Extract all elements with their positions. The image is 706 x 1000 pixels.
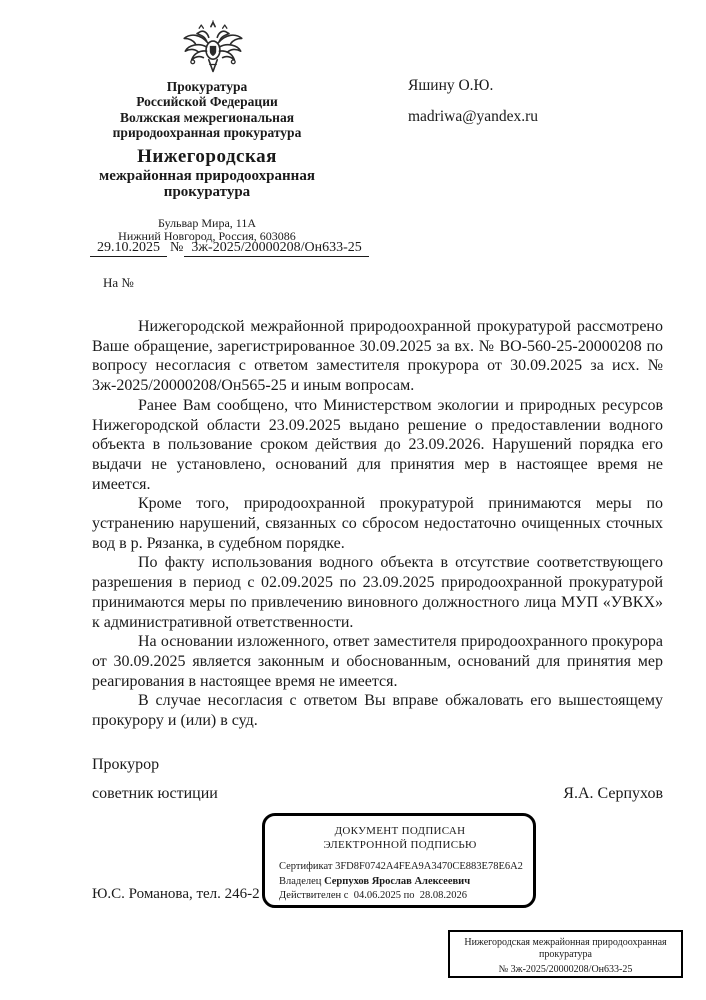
addressee-name: Яшину О.Ю. — [408, 77, 538, 95]
letterhead: Прокуратура Российской Федерации Волжска… — [52, 79, 362, 243]
number-sign: № — [167, 240, 184, 256]
letterhead-org-line: природоохранная прокуратура — [52, 125, 362, 140]
signer-name: Я.А. Серпухов — [563, 785, 663, 803]
esig-validity-line: Действителен с 04.06.2025 по 28.08.2026 — [279, 889, 521, 904]
letterhead-org-line: Волжская межрегиональная — [52, 110, 362, 125]
body-paragraph: Кроме того, природоохранной прокуратурой… — [92, 494, 663, 553]
esig-certificate-value: 3FD8F0742A4FEA9A3470CE883E78E6A2 — [335, 861, 523, 872]
esig-title-line: ДОКУМЕНТ ПОДПИСАН — [279, 825, 521, 839]
letterhead-org-line: Прокуратура — [52, 79, 362, 94]
body-paragraph: По факту использования водного объекта в… — [92, 553, 663, 632]
body-paragraph: Ранее Вам сообщено, что Министерством эк… — [92, 396, 663, 495]
body-paragraph: Нижегородской межрайонной природоохранно… — [92, 317, 663, 396]
registration-stamp-org: Нижегородская межрайонная природоохранна… — [463, 937, 668, 961]
letterhead-unit-name: Нижегородская — [52, 146, 362, 168]
signer-rank: советник юстиции — [92, 785, 218, 803]
electronic-signature-stamp: ДОКУМЕНТ ПОДПИСАН ЭЛЕКТРОННОЙ ПОДПИСЬЮ С… — [262, 813, 536, 908]
esig-valid-to: 28.08.2026 — [420, 890, 467, 901]
reply-reference-label: На № — [103, 275, 134, 291]
letterhead-org-line: Российской Федерации — [52, 94, 362, 109]
document-date: 29.10.2025 — [90, 240, 167, 257]
esig-valid-from: 04.06.2025 — [354, 890, 401, 901]
letterhead-unit-name: межрайонная природоохранная — [52, 168, 362, 185]
executor-contact: Ю.С. Романова, тел. 246-2 — [92, 886, 260, 903]
registration-stamp-number: № 3ж-2025/20000208/Он633-25 — [450, 964, 681, 976]
letterhead-address: Бульвар Мира, 11А — [52, 217, 362, 230]
addressee-block: Яшину О.Ю. madriwa@yandex.ru — [408, 77, 538, 126]
reference-line: 29.10.2025№3ж-2025/20000208/Он633-25 — [90, 240, 369, 256]
signer-position: Прокурор — [92, 756, 159, 774]
esig-certificate-line: Сертификат 3FD8F0742A4FEA9A3470CE883E78E… — [279, 860, 521, 875]
esig-title-line: ЭЛЕКТРОННОЙ ПОДПИСЬЮ — [279, 839, 521, 853]
coat-of-arms-icon — [181, 19, 245, 77]
letterhead-unit-name: прокуратура — [52, 184, 362, 201]
signature-row: советник юстиции Я.А. Серпухов — [92, 785, 663, 803]
esig-owner-line: Владелец Серпухов Ярослав Алексеевич — [279, 875, 521, 890]
body-paragraph: В случае несогласия с ответом Вы вправе … — [92, 691, 663, 730]
document-page: Прокуратура Российской Федерации Волжска… — [0, 0, 706, 1000]
body-paragraph: На основании изложенного, ответ заместит… — [92, 632, 663, 691]
registration-stamp: Нижегородская межрайонная природоохранна… — [448, 930, 683, 978]
esig-owner-name: Серпухов Ярослав Алексеевич — [324, 876, 470, 887]
letter-body: Нижегородской межрайонной природоохранно… — [92, 317, 663, 731]
addressee-email: madriwa@yandex.ru — [408, 108, 538, 126]
document-number: 3ж-2025/20000208/Он633-25 — [184, 240, 368, 257]
